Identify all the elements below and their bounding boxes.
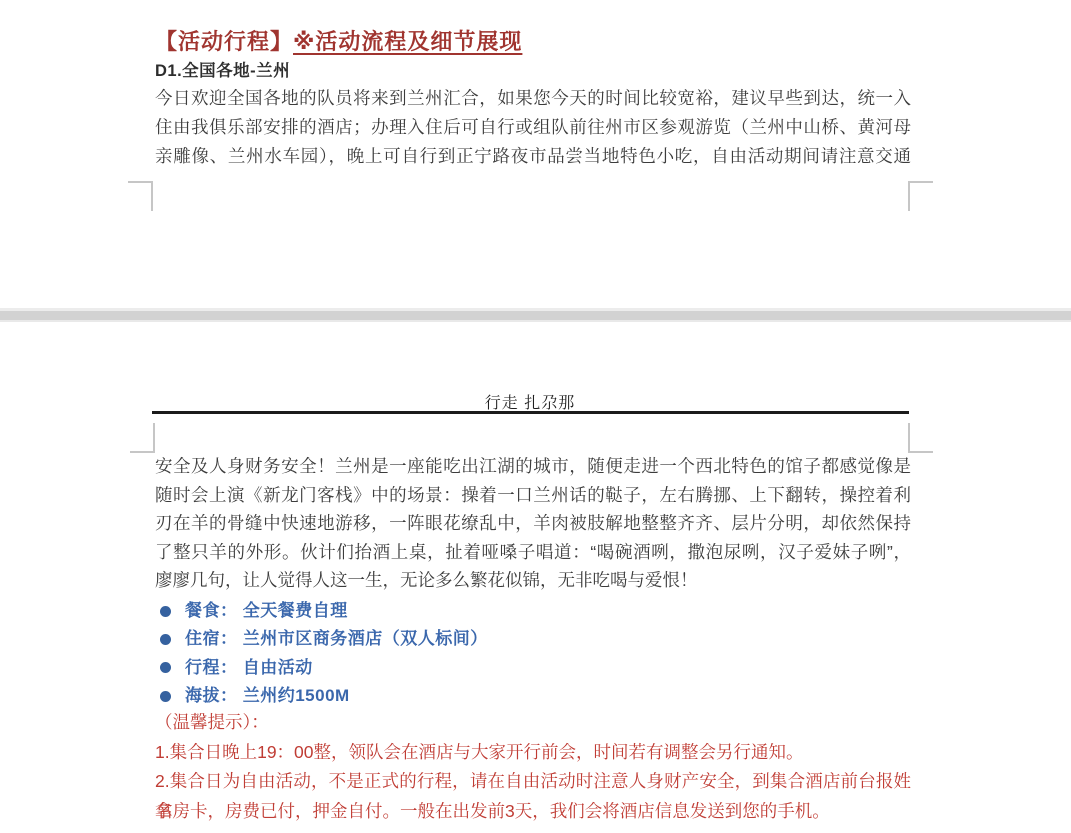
heading-underlined-text: ※活动流程及细节展现	[293, 29, 522, 54]
bullet-dot-icon	[160, 634, 171, 645]
heading-bracket-text: 【活动行程】	[155, 29, 293, 54]
crop-mark-page2-right	[908, 423, 933, 453]
page-break-divider	[0, 308, 1071, 322]
bullet-item-meals: 餐食： 全天餐费自理	[158, 597, 898, 625]
paragraph-line: 安全及人身财务安全！兰州是一座能吃出江湖的城市，随便走进一个西北特色的馆子都感觉…	[155, 452, 911, 481]
notice-line: 拿房卡，房费已付，押金自付。一般在出发前3天，我们会将酒店信息发送到您的手机。	[155, 797, 911, 827]
document-page-view: 【活动行程】※活动流程及细节展现 D1.全国各地-兰州 今日欢迎全国各地的队员将…	[0, 0, 1071, 833]
crop-mark-page2-left	[130, 423, 155, 453]
header-rule	[152, 411, 909, 414]
bullet-item-lodging: 住宿： 兰州市区商务酒店（双人标间）	[158, 625, 898, 653]
warm-notice-section: （温馨提示）： 1.集合日晚上19：00整，领队会在酒店与大家开行前会，时间若有…	[155, 708, 911, 826]
bullet-item-altitude: 海拔： 兰州约1500M	[158, 682, 898, 710]
day1-subheading: D1.全国各地-兰州	[155, 57, 290, 81]
paragraph-line: 随时会上演《新龙门客栈》中的场景：操着一口兰州话的鞑子，左右腾挪、上下翻转，操控…	[155, 481, 911, 510]
paragraph-line: 廖廖几句，让人觉得人这一生，无论多么繁花似锦，无非吃喝与爱恨！	[155, 566, 911, 595]
paragraph-line: 了整只羊的外形。伙计们抬酒上桌，扯着哑嗓子唱道：“喝碗酒咧，撒泡尿咧，汉子爱妹子…	[155, 538, 911, 567]
bullet-text: 海拔： 兰州约1500M	[185, 686, 350, 705]
notice-line: 1.集合日晚上19：00整，领队会在酒店与大家开行前会，时间若有调整会另行通知。	[155, 738, 911, 768]
bullet-text: 餐食： 全天餐费自理	[185, 601, 348, 620]
paragraph-line: 今日欢迎全国各地的队员将来到兰州汇合，如果您今天的时间比较宽裕，建议早些到达，统…	[155, 84, 911, 113]
paragraph-line: 亲雕像、兰州水车园），晚上可自行到正宁路夜市品尝当地特色小吃，自由活动期间请注意…	[155, 142, 911, 171]
notice-line: 2.集合日为自由活动，不是正式的行程，请在自由活动时注意人身财产安全，到集合酒店…	[155, 767, 911, 797]
notice-title: （温馨提示）：	[155, 708, 911, 738]
bullet-dot-icon	[160, 606, 171, 617]
paragraph-line: 刃在羊的骨缝中快速地游移，一阵眼花缭乱中，羊肉被肢解地整整齐齐、层片分明，却依然…	[155, 509, 911, 538]
itinerary-bullet-list: 餐食： 全天餐费自理 住宿： 兰州市区商务酒店（双人标间） 行程： 自由活动 海…	[158, 597, 898, 711]
activity-heading: 【活动行程】※活动流程及细节展现	[155, 25, 522, 56]
page2-paragraph: 安全及人身财务安全！兰州是一座能吃出江湖的城市，随便走进一个西北特色的馆子都感觉…	[155, 452, 911, 595]
bullet-dot-icon	[160, 691, 171, 702]
paragraph-line: 住由我俱乐部安排的酒店；办理入住后可自行或组队前往州市区参观游览（兰州中山桥、黄…	[155, 113, 911, 142]
bullet-item-schedule: 行程： 自由活动	[158, 654, 898, 682]
crop-mark-page1-left	[128, 181, 153, 211]
bullet-text: 行程： 自由活动	[185, 658, 313, 677]
bullet-text: 住宿： 兰州市区商务酒店（双人标间）	[185, 629, 488, 648]
bullet-dot-icon	[160, 662, 171, 673]
page1-paragraph: 今日欢迎全国各地的队员将来到兰州汇合，如果您今天的时间比较宽裕，建议早些到达，统…	[155, 84, 911, 170]
crop-mark-page1-right	[908, 181, 933, 211]
page2-header-title: 行走 扎尕那	[152, 390, 908, 413]
